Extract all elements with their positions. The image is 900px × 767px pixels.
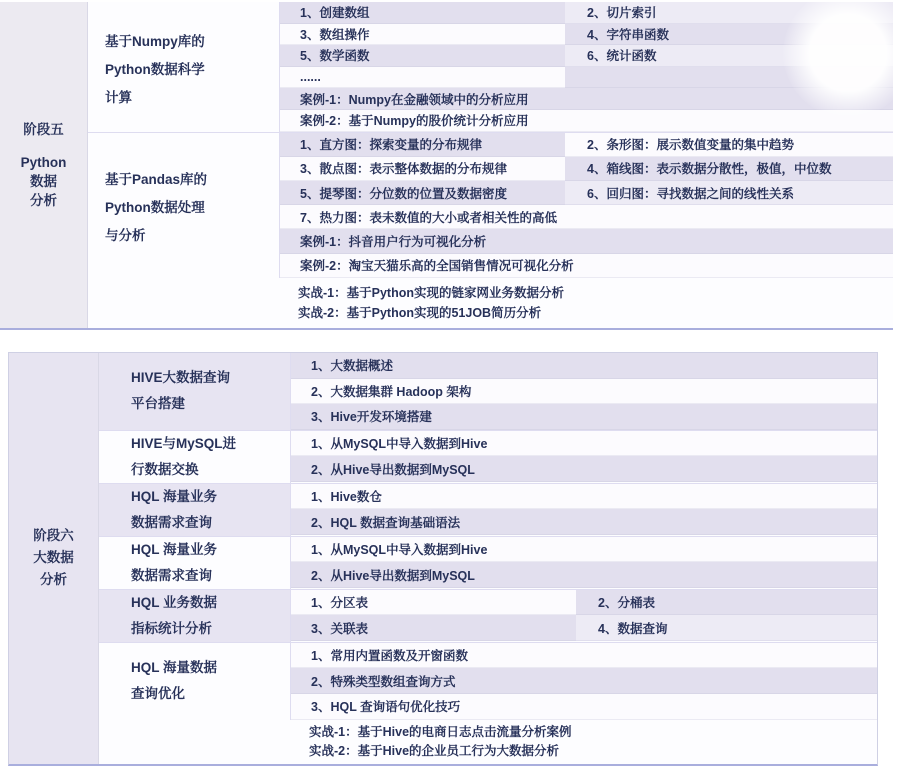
course-item-cell: 1、直方图：探索变量的分布规律 (280, 133, 565, 157)
course-item-cell: 1、从MySQL中导入数据到Hive (291, 431, 877, 457)
module-label-line: 基于Pandas库的 (105, 166, 271, 194)
module-rows: 1、直方图：探索变量的分布规律2、条形图：展示数值变量的集中趋势3、散点图：表示… (280, 133, 893, 278)
course-item-cell: 7、热力图：表未数值的大小或者相关性的高低 (280, 205, 893, 229)
stage5-table: 阶段五Python数据分析 基于Numpy库的Python数据科学计算1、创建数… (0, 2, 893, 330)
course-item-cell: 3、Hive开发环境搭建 (291, 404, 877, 430)
course-item-cell: ...... (280, 67, 565, 89)
course-item-cell: 4、字符串函数 (565, 24, 893, 46)
course-row: 1、创建数组2、切片索引 (280, 2, 893, 24)
module-label-line: Python数据科学 (105, 56, 271, 84)
course-row: 1、Hive数仓 (291, 484, 877, 510)
course-item-cell: 1、大数据概述 (291, 353, 877, 379)
stage5-content: 基于Numpy库的Python数据科学计算1、创建数组2、切片索引3、数组操作4… (88, 2, 893, 328)
course-item-cell: 1、常用内置函数及开窗函数 (291, 643, 877, 669)
stage-label-line: 分析 (40, 569, 67, 591)
module-label-line: 行数据交换 (131, 457, 290, 483)
module-label-line: 数据需求查询 (131, 510, 290, 536)
module-label-cell: 基于Numpy库的Python数据科学计算 (88, 2, 280, 132)
course-item-cell: 案例-1：抖音用户行为可视化分析 (280, 229, 893, 253)
stage6-header-cell: 阶段六大数据分析 (9, 353, 99, 764)
stage-label-line: Python (21, 153, 67, 172)
course-row: 5、提琴图：分位数的位置及数据密度6、回归图：寻找数据之间的线性关系 (280, 181, 893, 205)
module-rows: 1、大数据概述2、大数据集群 Hadoop 架构3、Hive开发环境搭建 (291, 353, 877, 430)
course-row: 3、Hive开发环境搭建 (291, 404, 877, 430)
course-row: 案例-2：基于Numpy的股价统计分析应用 (280, 110, 893, 132)
course-row: 1、从MySQL中导入数据到Hive (291, 537, 877, 563)
course-row: 2、特殊类型数组查询方式 (291, 668, 877, 694)
module-rows: 1、从MySQL中导入数据到Hive2、从Hive导出数据到MySQL (291, 431, 877, 483)
course-row: 1、直方图：探索变量的分布规律2、条形图：展示数值变量的集中趋势 (280, 133, 893, 157)
course-row: 3、散点图：表示整体数据的分布规律4、箱线图：表示数据分散性，极值，中位数 (280, 157, 893, 181)
module-rows: 1、创建数组2、切片索引3、数组操作4、字符串函数5、数学函数6、统计函数...… (280, 2, 893, 132)
stage-label-line: 数据 (30, 172, 57, 191)
module-label-line: 平台搭建 (131, 391, 290, 417)
module-label-line: 计算 (105, 84, 271, 112)
module-label-line: HQL 业务数据 (131, 590, 290, 616)
course-row: 3、数组操作4、字符串函数 (280, 24, 893, 46)
course-item-cell: 1、Hive数仓 (291, 484, 877, 510)
course-item-cell: 1、从MySQL中导入数据到Hive (291, 537, 877, 563)
stage5-practice-cell: 实战-1：基于Python实现的链家网业务数据分析实战-2：基于Python实现… (88, 278, 893, 328)
course-row: 案例-2：淘宝天猫乐高的全国销售情况可视化分析 (280, 254, 893, 278)
module-label-line: HQL 海量业务 (131, 484, 290, 510)
course-item-cell: 2、条形图：展示数值变量的集中趋势 (565, 133, 893, 157)
module-section: HQL 海量业务数据需求查询1、Hive数仓2、HQL 数据查询基础语法 (99, 484, 877, 537)
course-item-cell: 4、数据查询 (576, 615, 877, 641)
module-label-line: 与分析 (105, 222, 271, 250)
stage-label-line: 阶段六 (33, 525, 74, 547)
module-section: HIVE与MySQL进行数据交换1、从MySQL中导入数据到Hive2、从Hiv… (99, 431, 877, 484)
module-label-line: HIVE与MySQL进 (131, 431, 290, 457)
course-row: 2、从Hive导出数据到MySQL (291, 562, 877, 588)
stage6-table: 阶段六大数据分析 HIVE大数据查询平台搭建1、大数据概述2、大数据集群 Had… (8, 352, 878, 766)
course-item-cell: 4、箱线图：表示数据分散性，极值，中位数 (565, 157, 893, 181)
stage5-sections: 基于Numpy库的Python数据科学计算1、创建数组2、切片索引3、数组操作4… (88, 2, 893, 278)
stage6-content: HIVE大数据查询平台搭建1、大数据概述2、大数据集群 Hadoop 架构3、H… (99, 353, 877, 764)
module-label-line: HQL 海量业务 (131, 537, 290, 563)
module-section: HQL 业务数据指标统计分析1、分区表2、分桶表3、关联表4、数据查询 (99, 590, 877, 643)
course-row: 3、HQL 查询语句优化技巧 (291, 694, 877, 720)
course-item-cell: 3、散点图：表示整体数据的分布规律 (280, 157, 565, 181)
module-label-line: Python数据处理 (105, 194, 271, 222)
stage-label-line: 分析 (30, 191, 57, 210)
course-item-cell: 案例-1：Numpy在金融领域中的分析应用 (280, 88, 893, 110)
course-item-cell: 案例-2：淘宝天猫乐高的全国销售情况可视化分析 (280, 254, 893, 278)
course-outline-page: 阶段五Python数据分析 基于Numpy库的Python数据科学计算1、创建数… (0, 0, 900, 767)
course-item-cell: 3、关联表 (291, 615, 576, 641)
module-label-cell: HQL 海量业务数据需求查询 (99, 537, 291, 589)
module-rows: 1、从MySQL中导入数据到Hive2、从Hive导出数据到MySQL (291, 537, 877, 589)
course-item-cell: 2、从Hive导出数据到MySQL (291, 456, 877, 482)
module-label-line: HQL 海量数据 (131, 655, 290, 681)
practice-line: 实战-2：基于Hive的企业员工行为大数据分析 (309, 742, 877, 761)
course-item-cell: 6、统计函数 (565, 45, 893, 67)
course-item-cell: 5、提琴图：分位数的位置及数据密度 (280, 181, 565, 205)
stage6-practice-cell: 实战-1：基于Hive的电商日志点击流量分析案例实战-2：基于Hive的企业员工… (99, 720, 877, 764)
course-item-cell: 3、HQL 查询语句优化技巧 (291, 694, 877, 720)
course-item-cell: 案例-2：基于Numpy的股价统计分析应用 (280, 110, 893, 132)
module-label-cell: HIVE与MySQL进行数据交换 (99, 431, 291, 483)
course-item-cell: 2、分桶表 (576, 590, 877, 616)
stage-label-line: 阶段五 (23, 120, 64, 139)
course-row: 2、HQL 数据查询基础语法 (291, 509, 877, 535)
module-section: HIVE大数据查询平台搭建1、大数据概述2、大数据集群 Hadoop 架构3、H… (99, 353, 877, 431)
course-item-cell: 5、数学函数 (280, 45, 565, 67)
course-item-cell: 2、从Hive导出数据到MySQL (291, 562, 877, 588)
module-label-line: HIVE大数据查询 (131, 365, 290, 391)
module-label-cell: HQL 海量数据查询优化 (99, 643, 291, 720)
module-label-cell: HIVE大数据查询平台搭建 (99, 353, 291, 430)
course-row: 1、分区表2、分桶表 (291, 590, 877, 616)
module-label-line: 基于Numpy库的 (105, 28, 271, 56)
course-row: 1、从MySQL中导入数据到Hive (291, 431, 877, 457)
course-row: 案例-1：抖音用户行为可视化分析 (280, 229, 893, 253)
course-item-cell: 1、创建数组 (280, 2, 565, 24)
course-row: 1、常用内置函数及开窗函数 (291, 643, 877, 669)
module-rows: 1、分区表2、分桶表3、关联表4、数据查询 (291, 590, 877, 642)
module-section: HQL 海量业务数据需求查询1、从MySQL中导入数据到Hive2、从Hive导… (99, 537, 877, 590)
stage5-header-cell: 阶段五Python数据分析 (0, 2, 88, 328)
module-section: 基于Pandas库的Python数据处理与分析1、直方图：探索变量的分布规律2、… (88, 133, 893, 278)
course-item-cell: 2、大数据集群 Hadoop 架构 (291, 379, 877, 405)
module-label-line: 查询优化 (131, 681, 290, 707)
course-item-cell: 2、切片索引 (565, 2, 893, 24)
module-label-cell: HQL 海量业务数据需求查询 (99, 484, 291, 536)
course-row: 7、热力图：表未数值的大小或者相关性的高低 (280, 205, 893, 229)
course-row: ...... (280, 67, 893, 89)
module-rows: 1、常用内置函数及开窗函数2、特殊类型数组查询方式3、HQL 查询语句优化技巧 (291, 643, 877, 720)
course-row: 2、从Hive导出数据到MySQL (291, 456, 877, 482)
course-row: 1、大数据概述 (291, 353, 877, 379)
module-label-cell: 基于Pandas库的Python数据处理与分析 (88, 133, 280, 278)
practice-line: 实战-2：基于Python实现的51JOB简历分析 (298, 303, 893, 323)
course-row: 5、数学函数6、统计函数 (280, 45, 893, 67)
stage-label-line: 大数据 (33, 547, 74, 569)
course-row: 2、大数据集群 Hadoop 架构 (291, 379, 877, 405)
course-row: 3、关联表4、数据查询 (291, 615, 877, 641)
module-label-cell: HQL 业务数据指标统计分析 (99, 590, 291, 642)
stage6-sections: HIVE大数据查询平台搭建1、大数据概述2、大数据集群 Hadoop 架构3、H… (99, 353, 877, 720)
practice-line: 实战-1：基于Hive的电商日志点击流量分析案例 (309, 723, 877, 742)
course-item-cell: 1、分区表 (291, 590, 576, 616)
module-label-line: 数据需求查询 (131, 563, 290, 589)
course-item-cell (565, 67, 893, 89)
course-item-cell: 2、特殊类型数组查询方式 (291, 668, 877, 694)
course-item-cell: 6、回归图：寻找数据之间的线性关系 (565, 181, 893, 205)
module-section: HQL 海量数据查询优化1、常用内置函数及开窗函数2、特殊类型数组查询方式3、H… (99, 643, 877, 720)
course-item-cell: 3、数组操作 (280, 24, 565, 46)
module-section: 基于Numpy库的Python数据科学计算1、创建数组2、切片索引3、数组操作4… (88, 2, 893, 133)
course-item-cell: 2、HQL 数据查询基础语法 (291, 509, 877, 535)
module-label-line: 指标统计分析 (131, 616, 290, 642)
module-rows: 1、Hive数仓2、HQL 数据查询基础语法 (291, 484, 877, 536)
course-row: 案例-1：Numpy在金融领域中的分析应用 (280, 88, 893, 110)
practice-line: 实战-1：基于Python实现的链家网业务数据分析 (298, 283, 893, 303)
